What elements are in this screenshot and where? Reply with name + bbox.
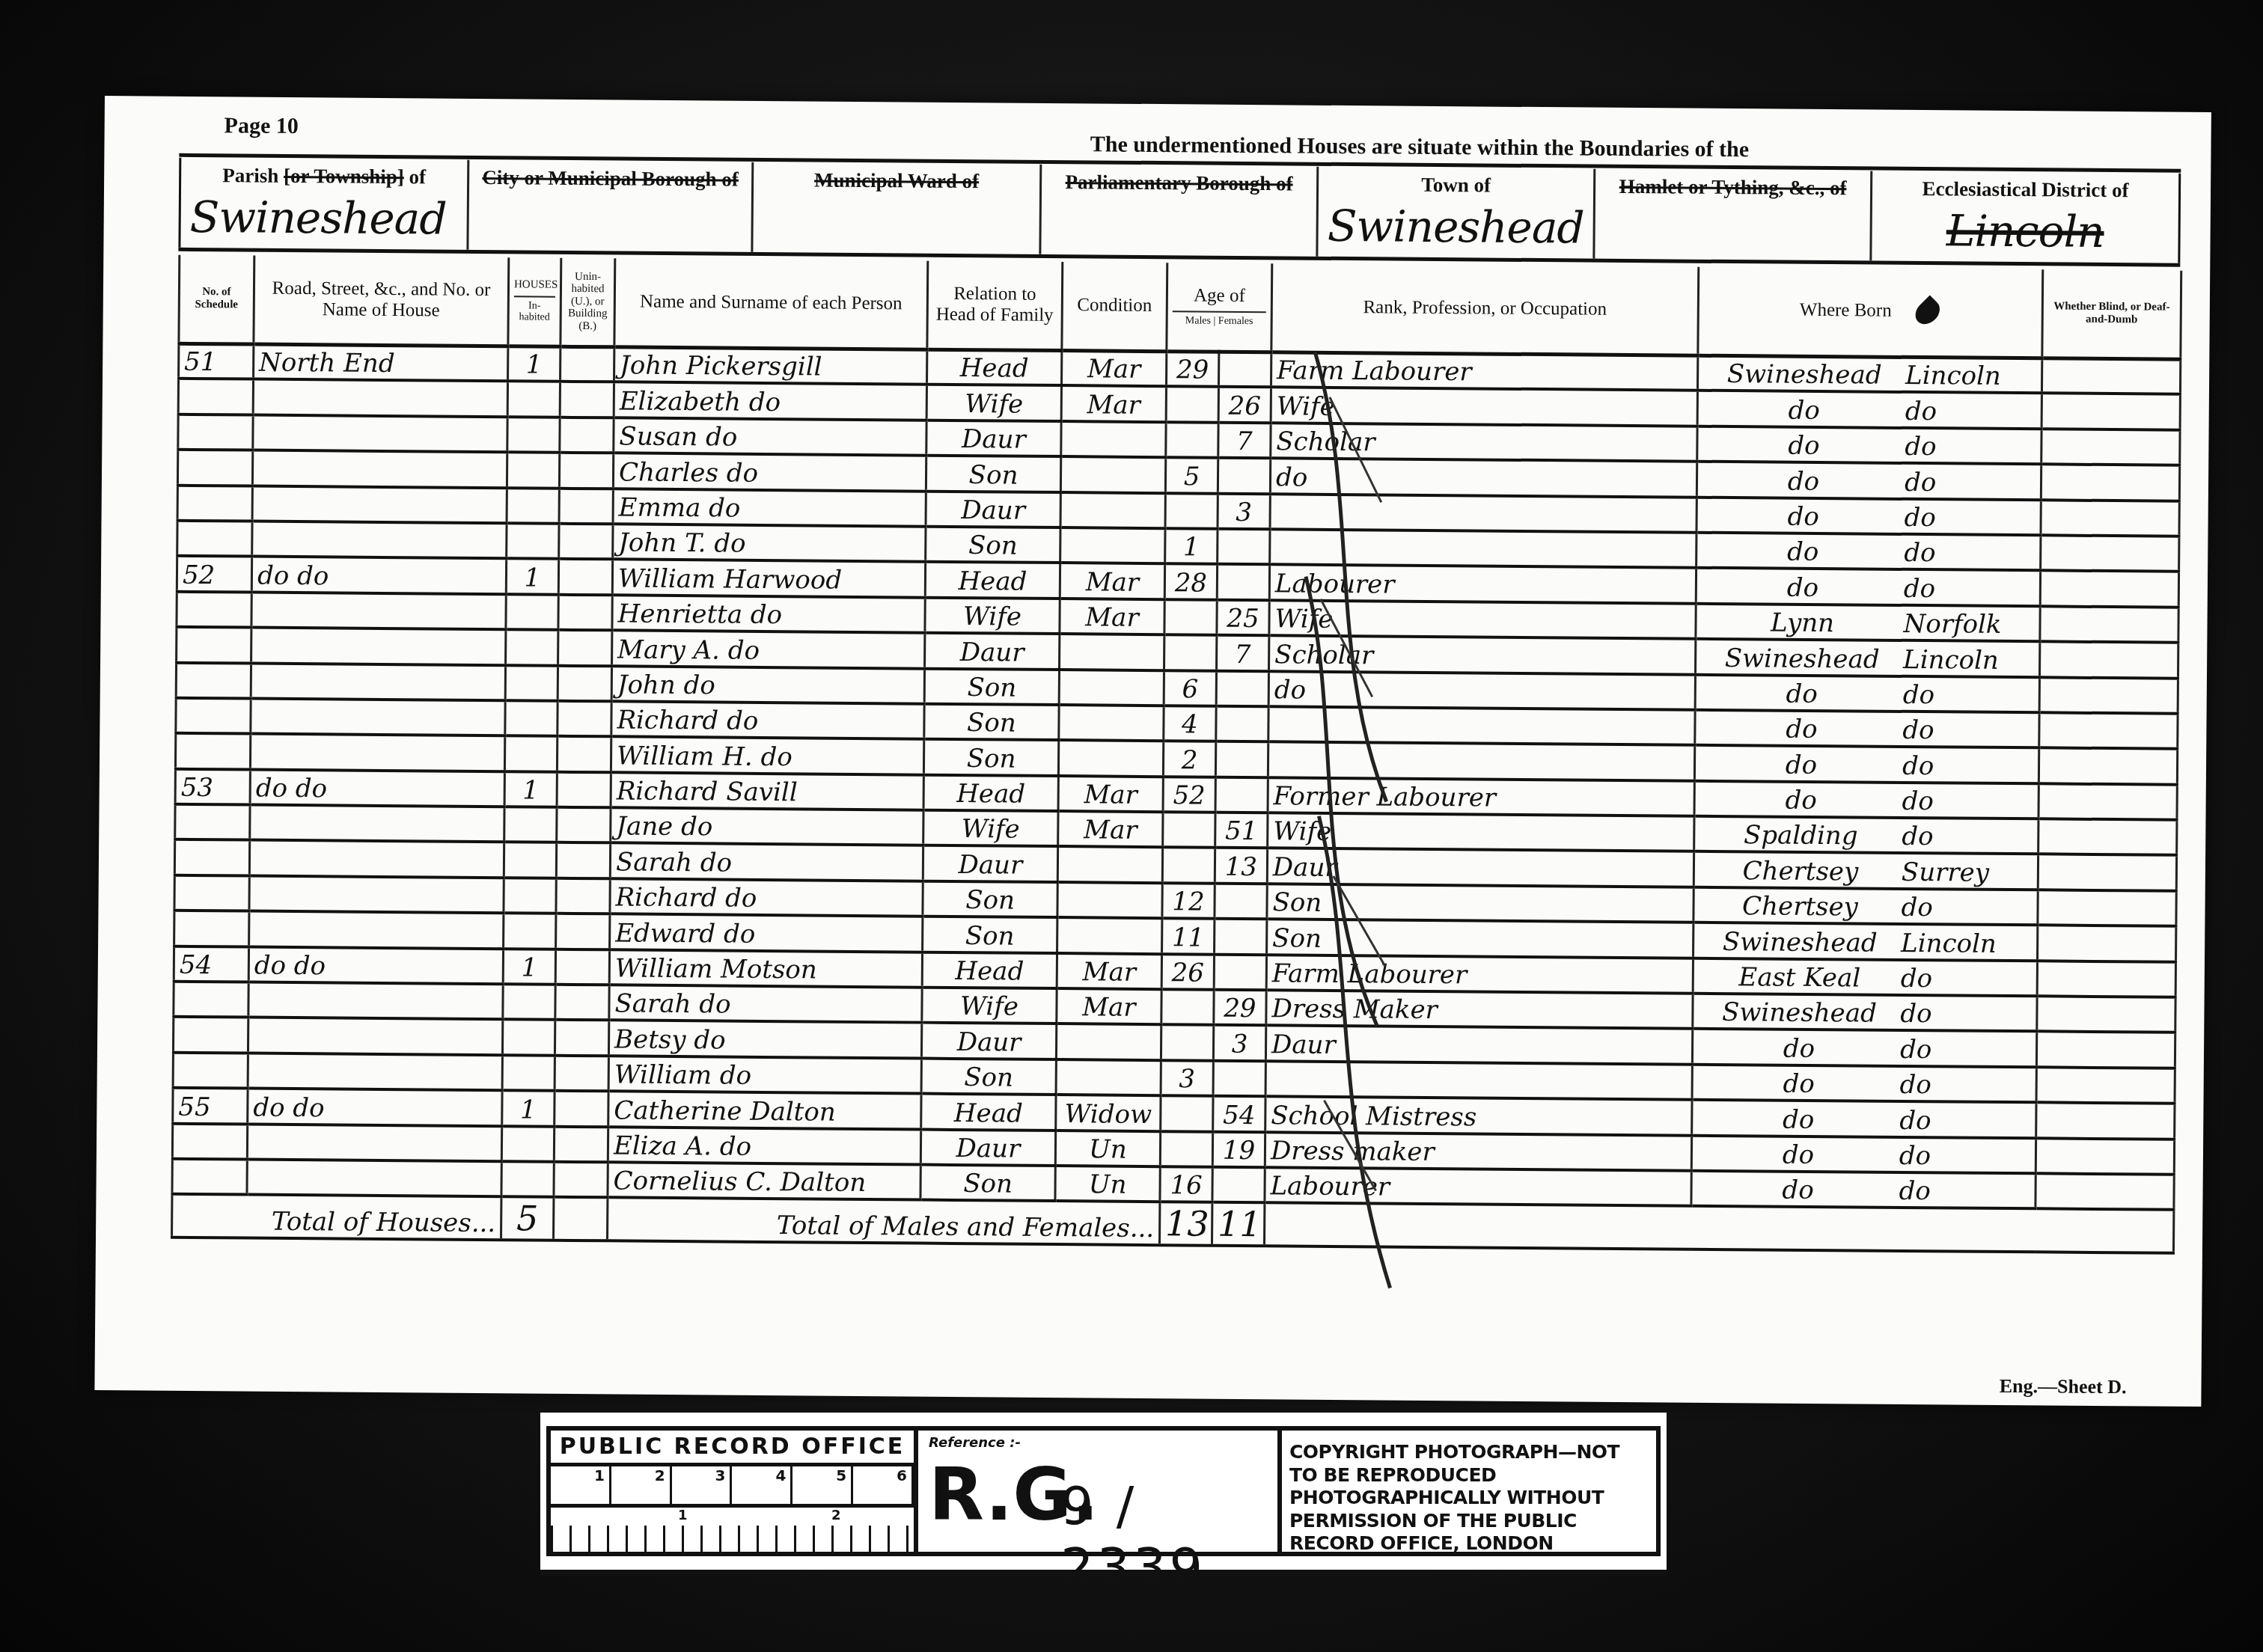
male-age-cell: 1: [1165, 528, 1218, 564]
uninhabited-cell: [557, 807, 611, 843]
born-county: do: [1902, 715, 1934, 745]
sched-cell: [177, 485, 252, 521]
occupation-cell: Son: [1267, 919, 1694, 958]
where-born-cell: ChertseySurrey: [1694, 851, 2038, 890]
inhabited-cell: 1: [504, 771, 557, 807]
col-males: Males: [1185, 315, 1211, 326]
female-age-cell: 3: [1213, 1025, 1265, 1061]
inhabited-cell: [504, 736, 557, 772]
born-county: Surrey: [1902, 857, 1989, 888]
born-place: Swineshead: [1703, 359, 1905, 391]
uninhabited-cell: [557, 736, 611, 772]
blind-cell: [2038, 890, 2176, 926]
where-born-cell: dodo: [1695, 710, 2039, 748]
condition-cell: [1057, 882, 1162, 918]
road-cell: [248, 1018, 502, 1055]
relation-cell: Head: [921, 1094, 1056, 1131]
name-cell: Sarah do: [610, 843, 923, 881]
where-born-cell: Spaldingdo: [1694, 816, 2038, 854]
pointing-hand-icon: [1911, 296, 1944, 329]
inhabited-cell: [501, 1161, 554, 1197]
inhabited-cell: [501, 1126, 554, 1162]
relation-cell: Son: [923, 739, 1058, 776]
name-cell: John T. do: [613, 524, 926, 562]
female-age-cell: [1216, 670, 1268, 706]
uninhabited-cell: [555, 1091, 608, 1127]
uninhabited-cell: [554, 1126, 608, 1162]
male-age-cell: 11: [1162, 918, 1215, 954]
name-cell: Betsy do: [608, 1021, 921, 1059]
blind-cell: [2036, 1138, 2174, 1175]
relation-cell: Son: [926, 527, 1060, 563]
inhabited-cell: [504, 842, 556, 878]
blind-cell: [2038, 783, 2177, 820]
where-born-cell: dodo: [1691, 1135, 2036, 1173]
condition-cell: Un: [1055, 1166, 1160, 1202]
condition-cell: [1060, 527, 1165, 563]
region-label: Parliamentary Borough of: [1051, 171, 1307, 196]
region-parliamentary: Parliamentary Borough of: [1041, 165, 1319, 257]
blind-cell: [2039, 641, 2178, 678]
blind-cell: [2041, 394, 2180, 430]
relation-cell: Daur: [923, 845, 1057, 882]
male-age-cell: [1164, 599, 1217, 635]
born-county: do: [1902, 822, 1934, 851]
occupation-cell: Farm Labourer: [1271, 352, 1697, 391]
relation-cell: Son: [923, 881, 1057, 917]
born-place: do: [1698, 1068, 1900, 1100]
road-cell: [251, 628, 506, 665]
male-age-cell: [1160, 1131, 1212, 1167]
inhabited-cell: [505, 700, 558, 736]
where-born-cell: dodo: [1692, 1065, 2036, 1103]
uninhabited-cell: [559, 524, 613, 560]
born-county: do: [1904, 538, 1936, 568]
sched-cell: [178, 414, 253, 450]
where-born-cell: dodo: [1697, 426, 2041, 465]
sched-cell: [172, 1123, 247, 1159]
blind-cell: [2036, 1032, 2175, 1068]
uninhabited-cell: [556, 842, 610, 878]
occupation-cell: Dress Maker: [1266, 990, 1693, 1029]
female-age-cell: 54: [1213, 1096, 1265, 1132]
female-age-cell: [1212, 1167, 1265, 1203]
born-place: do: [1697, 1104, 1899, 1135]
sched-cell: [174, 982, 248, 1018]
blind-cell: [2040, 571, 2178, 608]
born-place: Swineshead: [1698, 997, 1900, 1029]
born-place: do: [1697, 1139, 1899, 1171]
name-cell: Richard do: [611, 701, 924, 739]
condition-cell: Mar: [1061, 350, 1166, 386]
condition-cell: Mar: [1060, 599, 1164, 634]
blind-cell: [2036, 1067, 2175, 1104]
occupation-cell: [1268, 706, 1695, 745]
relation-cell: Wife: [922, 988, 1057, 1024]
condition-cell: [1060, 492, 1165, 528]
born-place: Swineshead: [1701, 643, 1903, 674]
female-age-cell: [1218, 458, 1270, 494]
sched-cell: [172, 1159, 247, 1195]
uninhabited-cell: [555, 1056, 608, 1092]
relation-cell: Head: [925, 562, 1060, 599]
born-county: do: [1904, 503, 1936, 533]
region-label: Ecclesiastical District of: [1881, 177, 2169, 203]
stamp-office-title: PUBLIC RECORD OFFICE: [551, 1431, 914, 1466]
relation-cell: Wife: [923, 810, 1058, 847]
relation-cell: Head: [923, 774, 1058, 811]
relation-cell: Son: [924, 668, 1059, 705]
inhabited-cell: [507, 417, 560, 453]
copyright-notice: COPYRIGHT PHOTOGRAPH—NOT TO BE REPRODUCE…: [1282, 1431, 1656, 1552]
road-cell: [249, 875, 504, 913]
sched-cell: [174, 839, 249, 875]
female-age-cell: [1213, 1060, 1265, 1096]
born-place: do: [1700, 714, 1902, 745]
uninhabited-cell: [558, 630, 612, 666]
blind-cell: [2039, 677, 2178, 714]
col-age-label: Age of: [1194, 286, 1245, 307]
where-born-cell: dodo: [1697, 497, 2041, 535]
condition-cell: [1059, 705, 1164, 741]
occupation-cell: Dress maker: [1265, 1132, 1691, 1171]
blind-cell: [2041, 500, 2179, 536]
condition-cell: [1061, 421, 1166, 457]
born-place: Chertsey: [1699, 856, 1902, 887]
col-road: Road, Street, &c., and No. or Name of Ho…: [254, 256, 509, 346]
relation-cell: Wife: [926, 385, 1061, 421]
male-age-cell: 6: [1164, 670, 1216, 706]
reference-piece: 9 / 2339: [1060, 1475, 1277, 1598]
where-born-cell: dodo: [1697, 533, 2041, 571]
sched-cell: 52: [177, 556, 251, 592]
born-county: do: [1900, 1070, 1932, 1100]
born-county: do: [1902, 751, 1934, 781]
female-age-cell: 3: [1218, 493, 1270, 529]
name-cell: Emma do: [613, 489, 926, 527]
male-age-cell: 28: [1164, 563, 1217, 599]
cm-mark: 1: [678, 1508, 688, 1523]
where-born-cell: dodo: [1694, 780, 2038, 819]
blind-cell: [2036, 1173, 2174, 1210]
born-county: do: [1903, 680, 1935, 710]
where-born-cell: LynnNorfolk: [1696, 603, 2040, 641]
relation-cell: Son: [921, 1058, 1056, 1095]
born-county: do: [1899, 1141, 1931, 1171]
female-age-cell: [1215, 777, 1268, 813]
road-cell: do do: [251, 557, 506, 594]
uninhabited-cell: [558, 559, 612, 595]
header-row: No. of Schedule Road, Street, &c., and N…: [179, 255, 2181, 359]
col-age-sub: Males | Females: [1173, 310, 1266, 327]
born-county: do: [1901, 964, 1933, 994]
male-age-cell: [1163, 812, 1215, 848]
col-uninhabited: Unin-habited (U.), or Building (B.): [561, 258, 615, 347]
relation-cell: Daur: [926, 420, 1061, 456]
born-county: do: [1900, 999, 1932, 1029]
name-cell: William Harwood: [612, 560, 925, 598]
born-county: Lincoln: [1905, 361, 2001, 391]
occupation-cell: do: [1270, 458, 1697, 497]
female-age-cell: 25: [1217, 599, 1269, 635]
occupation-cell: Son: [1267, 884, 1694, 923]
relation-cell: Daur: [925, 633, 1060, 670]
born-place: do: [1702, 430, 1905, 462]
relation-cell: Son: [924, 704, 1059, 741]
name-cell: John do: [611, 666, 924, 704]
condition-cell: Widow: [1056, 1095, 1161, 1131]
inhabited-cell: 1: [508, 346, 561, 382]
occupation-cell: Scholar: [1271, 423, 1697, 462]
road-cell: [248, 1053, 502, 1090]
total-persons-label: Total of Males and Females...: [607, 1198, 1159, 1246]
name-cell: William do: [608, 1056, 921, 1094]
uninhabited-cell: [556, 878, 610, 914]
born-place: do: [1702, 501, 1904, 533]
born-place: do: [1701, 679, 1903, 710]
relation-cell: Daur: [921, 1023, 1056, 1059]
region-ecclesiastical: Ecclesiastical District of Lincoln: [1872, 171, 2178, 263]
born-place: do: [1703, 395, 1905, 426]
condition-cell: Mar: [1057, 953, 1161, 989]
region-header: Parish [or Township] of Swineshead City …: [178, 158, 2181, 263]
occupation-cell: [1270, 529, 1697, 568]
col-where-born-label: Where Born: [1800, 300, 1892, 321]
sched-cell: [174, 911, 249, 946]
col-houses-group: HOUSES: [514, 278, 558, 290]
female-age-cell: 13: [1215, 848, 1267, 884]
occupation-cell: Farm Labourer: [1266, 955, 1693, 994]
born-county: do: [1905, 397, 1937, 426]
where-born-cell: Swinesheaddo: [1693, 994, 2037, 1032]
where-born-cell: dodo: [1695, 674, 2039, 712]
uninhabited-cell: [556, 914, 610, 949]
col-females: Females: [1218, 315, 1253, 326]
name-cell: Mary A. do: [612, 630, 925, 668]
inch-mark: 5: [792, 1466, 853, 1504]
occupation-cell: Former Labourer: [1268, 777, 1694, 816]
relation-cell: Son: [926, 456, 1060, 492]
total-houses-number: 5: [516, 1199, 539, 1239]
inhabited-cell: [507, 382, 560, 417]
name-cell: William H. do: [611, 737, 923, 775]
road-cell: do do: [250, 769, 504, 807]
male-age-cell: 4: [1164, 706, 1216, 741]
col-inhabited-label: In-habited: [514, 296, 555, 323]
male-age-cell: 12: [1162, 883, 1215, 919]
blind-cell: [2037, 996, 2175, 1032]
born-county: do: [1899, 1105, 1931, 1135]
cm-scale: 1 2: [551, 1508, 914, 1552]
where-born-cell: Chertseydo: [1694, 887, 2038, 926]
uninhabited-cell: [558, 595, 612, 631]
born-county: do: [1905, 467, 1937, 497]
relation-cell: Head: [927, 349, 1062, 386]
condition-cell: [1060, 634, 1164, 670]
where-born-cell: East Kealdo: [1693, 958, 2037, 996]
occupation-cell: [1268, 742, 1694, 781]
col-age: Age of Males | Females: [1167, 263, 1272, 352]
where-born-cell: dodo: [1697, 462, 2041, 500]
road-cell: [253, 414, 507, 452]
col-occupation: Rank, Profession, or Occupation: [1271, 263, 1699, 355]
total-females-number: 11: [1218, 1204, 1262, 1244]
region-label: Hamlet or Tything, &c., of: [1604, 175, 1861, 201]
sched-cell: 55: [173, 1088, 248, 1124]
cm-mark: 2: [831, 1508, 841, 1523]
occupation-cell: [1270, 494, 1697, 533]
uninhabited-cell: [558, 701, 611, 737]
where-born-cell: dodo: [1697, 391, 2041, 429]
born-county: Lincoln: [1901, 929, 1997, 959]
inhabited-cell: [506, 594, 558, 630]
road-cell: [249, 911, 504, 949]
road-cell: [248, 982, 503, 1020]
sched-cell: [174, 875, 249, 911]
male-age-cell: 5: [1165, 457, 1218, 493]
totals-blank: [1264, 1203, 2173, 1254]
occupation-cell: do: [1268, 671, 1695, 710]
condition-cell: Mar: [1058, 811, 1163, 847]
born-place: do: [1700, 749, 1902, 780]
blind-cell: [2038, 926, 2176, 962]
blind-cell: [2038, 854, 2176, 891]
born-county: Norfolk: [1903, 609, 2001, 640]
female-age-cell: [1215, 919, 1267, 955]
born-county: do: [1905, 432, 1937, 462]
blind-cell: [2038, 819, 2177, 855]
inhabited-cell: [504, 807, 557, 842]
female-age-cell: 7: [1217, 635, 1269, 671]
male-age-cell: 26: [1161, 954, 1214, 990]
sheet-label: Eng.—Sheet D.: [2000, 1375, 2127, 1398]
uninhabited-cell: [555, 1020, 608, 1056]
sched-cell: [178, 379, 253, 414]
name-cell: Cornelius C. Dalton: [608, 1162, 920, 1200]
occupation-cell: Wife: [1271, 388, 1697, 426]
sched-cell: [176, 698, 251, 734]
sched-cell: [177, 592, 251, 628]
road-cell: North End: [254, 344, 508, 382]
occupation-cell: Daur: [1265, 1026, 1692, 1065]
inhabited-cell: [504, 878, 556, 914]
male-age-cell: 2: [1163, 741, 1215, 777]
region-label: Parish [or Township] of: [190, 164, 458, 189]
male-age-cell: 16: [1160, 1166, 1212, 1202]
sched-cell: [173, 1017, 248, 1053]
sched-cell: [177, 627, 251, 663]
male-age-cell: [1164, 634, 1217, 670]
condition-cell: [1060, 456, 1165, 492]
born-county: do: [1904, 574, 1936, 604]
uninhabited-cell: [555, 949, 609, 985]
where-born-cell: dodo: [1692, 1100, 2036, 1138]
where-born-cell: dodo: [1694, 745, 2038, 783]
condition-cell: [1057, 917, 1162, 953]
born-place: East Keal: [1699, 962, 1901, 994]
where-born-cell: dodo: [1696, 568, 2040, 606]
census-rows: 51North End1John PickersgillHeadMar29Far…: [172, 343, 2181, 1210]
region-label: City or Municipal Borough of: [478, 166, 742, 192]
inch-mark: 6: [853, 1466, 914, 1504]
condition-cell: [1056, 1024, 1161, 1059]
name-cell: Henrietta do: [612, 595, 925, 633]
male-age-cell: [1161, 1095, 1213, 1131]
name-cell: Elizabeth do: [614, 382, 926, 420]
uninhabited-cell: [557, 771, 611, 807]
inhabited-cell: 1: [502, 1090, 555, 1126]
condition-cell: [1056, 1059, 1161, 1095]
occupation-cell: Wife: [1268, 813, 1694, 851]
blind-cell: [2036, 1103, 2175, 1139]
name-cell: Richard do: [610, 878, 923, 917]
col-name: Name and Surname of each Person: [614, 258, 928, 349]
occupation-cell: Labourer: [1265, 1167, 1691, 1206]
born-county: Lincoln: [1903, 644, 1999, 675]
road-cell: [252, 486, 507, 523]
female-age-cell: [1218, 529, 1270, 565]
inhabited-cell: [507, 452, 559, 488]
name-cell: Edward do: [610, 914, 923, 952]
name-cell: Richard Savill: [611, 772, 923, 810]
road-cell: [253, 379, 507, 417]
inhabited-cell: [502, 1020, 555, 1056]
born-county: do: [1899, 1176, 1931, 1206]
born-county: do: [1902, 786, 1934, 816]
blind-cell: [2038, 748, 2177, 785]
road-cell: [247, 1160, 501, 1197]
condition-cell: [1059, 670, 1164, 706]
name-cell: John Pickersgill: [614, 346, 927, 385]
name-cell: Eliza A. do: [608, 1127, 920, 1165]
census-page: Page 10 The undermentioned Houses are si…: [94, 96, 2211, 1407]
inhabited-cell: [507, 523, 559, 559]
born-county: do: [1900, 1035, 1932, 1065]
female-age-cell: 29: [1214, 990, 1266, 1026]
born-county: do: [1901, 893, 1933, 923]
col-condition: Condition: [1062, 262, 1167, 351]
name-cell: Sarah do: [609, 985, 922, 1023]
record-office-stamp: PUBLIC RECORD OFFICE 123456 1 2 Referenc…: [540, 1407, 1667, 1576]
where-born-cell: SwinesheadLincoln: [1697, 355, 2041, 394]
total-uninhabited: [554, 1197, 608, 1241]
male-age-cell: 29: [1166, 351, 1218, 387]
uninhabited-cell: [558, 665, 611, 701]
male-age-cell: [1161, 989, 1214, 1025]
col-blind: Whether Blind, or Deaf-and-Dumb: [2042, 269, 2181, 358]
occupation-cell: [1265, 1061, 1692, 1100]
stamp-reference-panel: Reference :- R.G. 9 / 2339: [918, 1431, 1282, 1552]
total-males-number: 13: [1165, 1204, 1209, 1244]
where-born-cell: dodo: [1692, 1029, 2036, 1067]
female-age-cell: [1215, 741, 1268, 777]
region-label: Town of: [1328, 173, 1584, 198]
blind-cell: [2037, 961, 2175, 997]
struck-text: [or Township]: [284, 165, 404, 188]
sched-cell: [175, 804, 250, 840]
inhabited-cell: 1: [506, 559, 558, 595]
sched-cell: [175, 733, 250, 769]
road-cell: [250, 805, 504, 842]
col-relation: Relation to Head of Family: [927, 261, 1063, 350]
inch-scale: 123456: [551, 1466, 914, 1508]
region-label: Municipal Ward of: [763, 168, 1030, 194]
relation-cell: Head: [922, 952, 1057, 988]
male-age-cell: 3: [1161, 1060, 1213, 1096]
inch-mark: 4: [732, 1466, 792, 1504]
relation-cell: Daur: [926, 491, 1060, 527]
inhabited-cell: 1: [503, 949, 555, 985]
